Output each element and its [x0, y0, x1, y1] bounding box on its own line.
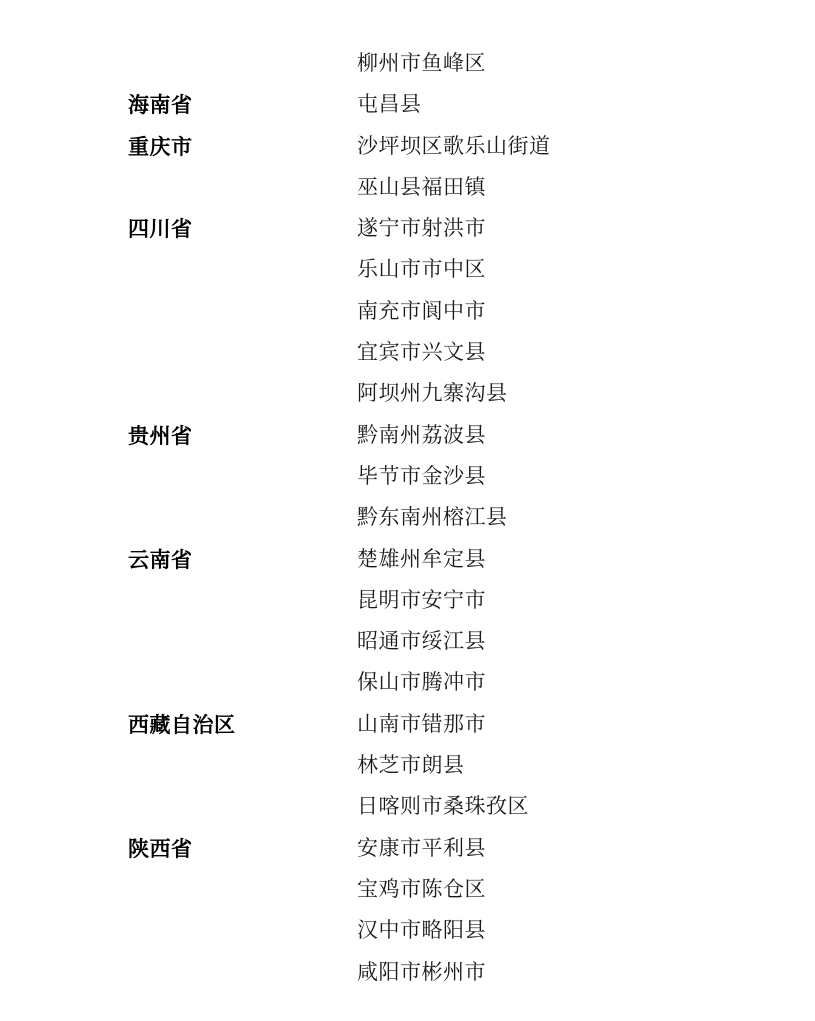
location-cell: 昭通市绥江县 [357, 621, 815, 662]
province-cell: 四川省 [0, 208, 357, 249]
location-cell: 乐山市市中区 [357, 249, 815, 290]
table-row: 阿坝州九寨沟县 [0, 373, 815, 414]
location-cell: 汉中市略阳县 [357, 910, 815, 951]
table-row: 保山市腾冲市 [0, 662, 815, 703]
location-cell: 南充市阆中市 [357, 291, 815, 332]
location-cell: 柳州市鱼峰区 [357, 43, 815, 84]
document-page: 柳州市鱼峰区海南省屯昌县重庆市沙坪坝区歌乐山街道巫山县福田镇四川省遂宁市射洪市乐… [0, 0, 815, 1021]
table-row: 陕西省安康市平利县 [0, 828, 815, 869]
location-cell: 安康市平利县 [357, 828, 815, 869]
province-cell: 陕西省 [0, 828, 357, 869]
location-cell: 咸阳市彬州市 [357, 952, 815, 993]
location-cell: 黔东南州榕江县 [357, 497, 815, 538]
table-row: 四川省遂宁市射洪市 [0, 208, 815, 249]
table-row: 林芝市朗县 [0, 745, 815, 786]
table-row: 汉中市略阳县 [0, 910, 815, 951]
table-row: 西藏自治区山南市错那市 [0, 704, 815, 745]
table-row: 毕节市金沙县 [0, 456, 815, 497]
location-cell: 遂宁市射洪市 [357, 208, 815, 249]
table-row: 黔东南州榕江县 [0, 497, 815, 538]
province-cell: 贵州省 [0, 415, 357, 456]
location-cell: 毕节市金沙县 [357, 456, 815, 497]
table-row: 昭通市绥江县 [0, 621, 815, 662]
location-cell: 沙坪坝区歌乐山街道 [357, 126, 815, 167]
location-cell: 保山市腾冲市 [357, 662, 815, 703]
location-cell: 昆明市安宁市 [357, 580, 815, 621]
province-location-table: 柳州市鱼峰区海南省屯昌县重庆市沙坪坝区歌乐山街道巫山县福田镇四川省遂宁市射洪市乐… [0, 0, 815, 993]
table-row: 贵州省黔南州荔波县 [0, 415, 815, 456]
table-row: 柳州市鱼峰区 [0, 43, 815, 84]
table-row: 云南省楚雄州牟定县 [0, 539, 815, 580]
table-row: 巫山县福田镇 [0, 167, 815, 208]
table-row: 海南省屯昌县 [0, 84, 815, 125]
location-cell: 阿坝州九寨沟县 [357, 373, 815, 414]
location-cell: 屯昌县 [357, 84, 815, 125]
location-cell: 黔南州荔波县 [357, 415, 815, 456]
location-cell: 林芝市朗县 [357, 745, 815, 786]
province-cell: 重庆市 [0, 126, 357, 167]
location-cell: 山南市错那市 [357, 704, 815, 745]
table-row: 宜宾市兴文县 [0, 332, 815, 373]
location-cell: 楚雄州牟定县 [357, 539, 815, 580]
location-cell: 巫山县福田镇 [357, 167, 815, 208]
province-cell: 西藏自治区 [0, 704, 357, 745]
location-cell: 宝鸡市陈仓区 [357, 869, 815, 910]
table-row: 重庆市沙坪坝区歌乐山街道 [0, 126, 815, 167]
table-row: 南充市阆中市 [0, 291, 815, 332]
province-cell: 海南省 [0, 84, 357, 125]
location-cell: 宜宾市兴文县 [357, 332, 815, 373]
table-row: 日喀则市桑珠孜区 [0, 786, 815, 827]
table-row: 乐山市市中区 [0, 249, 815, 290]
table-row: 咸阳市彬州市 [0, 952, 815, 993]
table-row: 宝鸡市陈仓区 [0, 869, 815, 910]
table-row: 昆明市安宁市 [0, 580, 815, 621]
location-cell: 日喀则市桑珠孜区 [357, 786, 815, 827]
province-cell: 云南省 [0, 539, 357, 580]
